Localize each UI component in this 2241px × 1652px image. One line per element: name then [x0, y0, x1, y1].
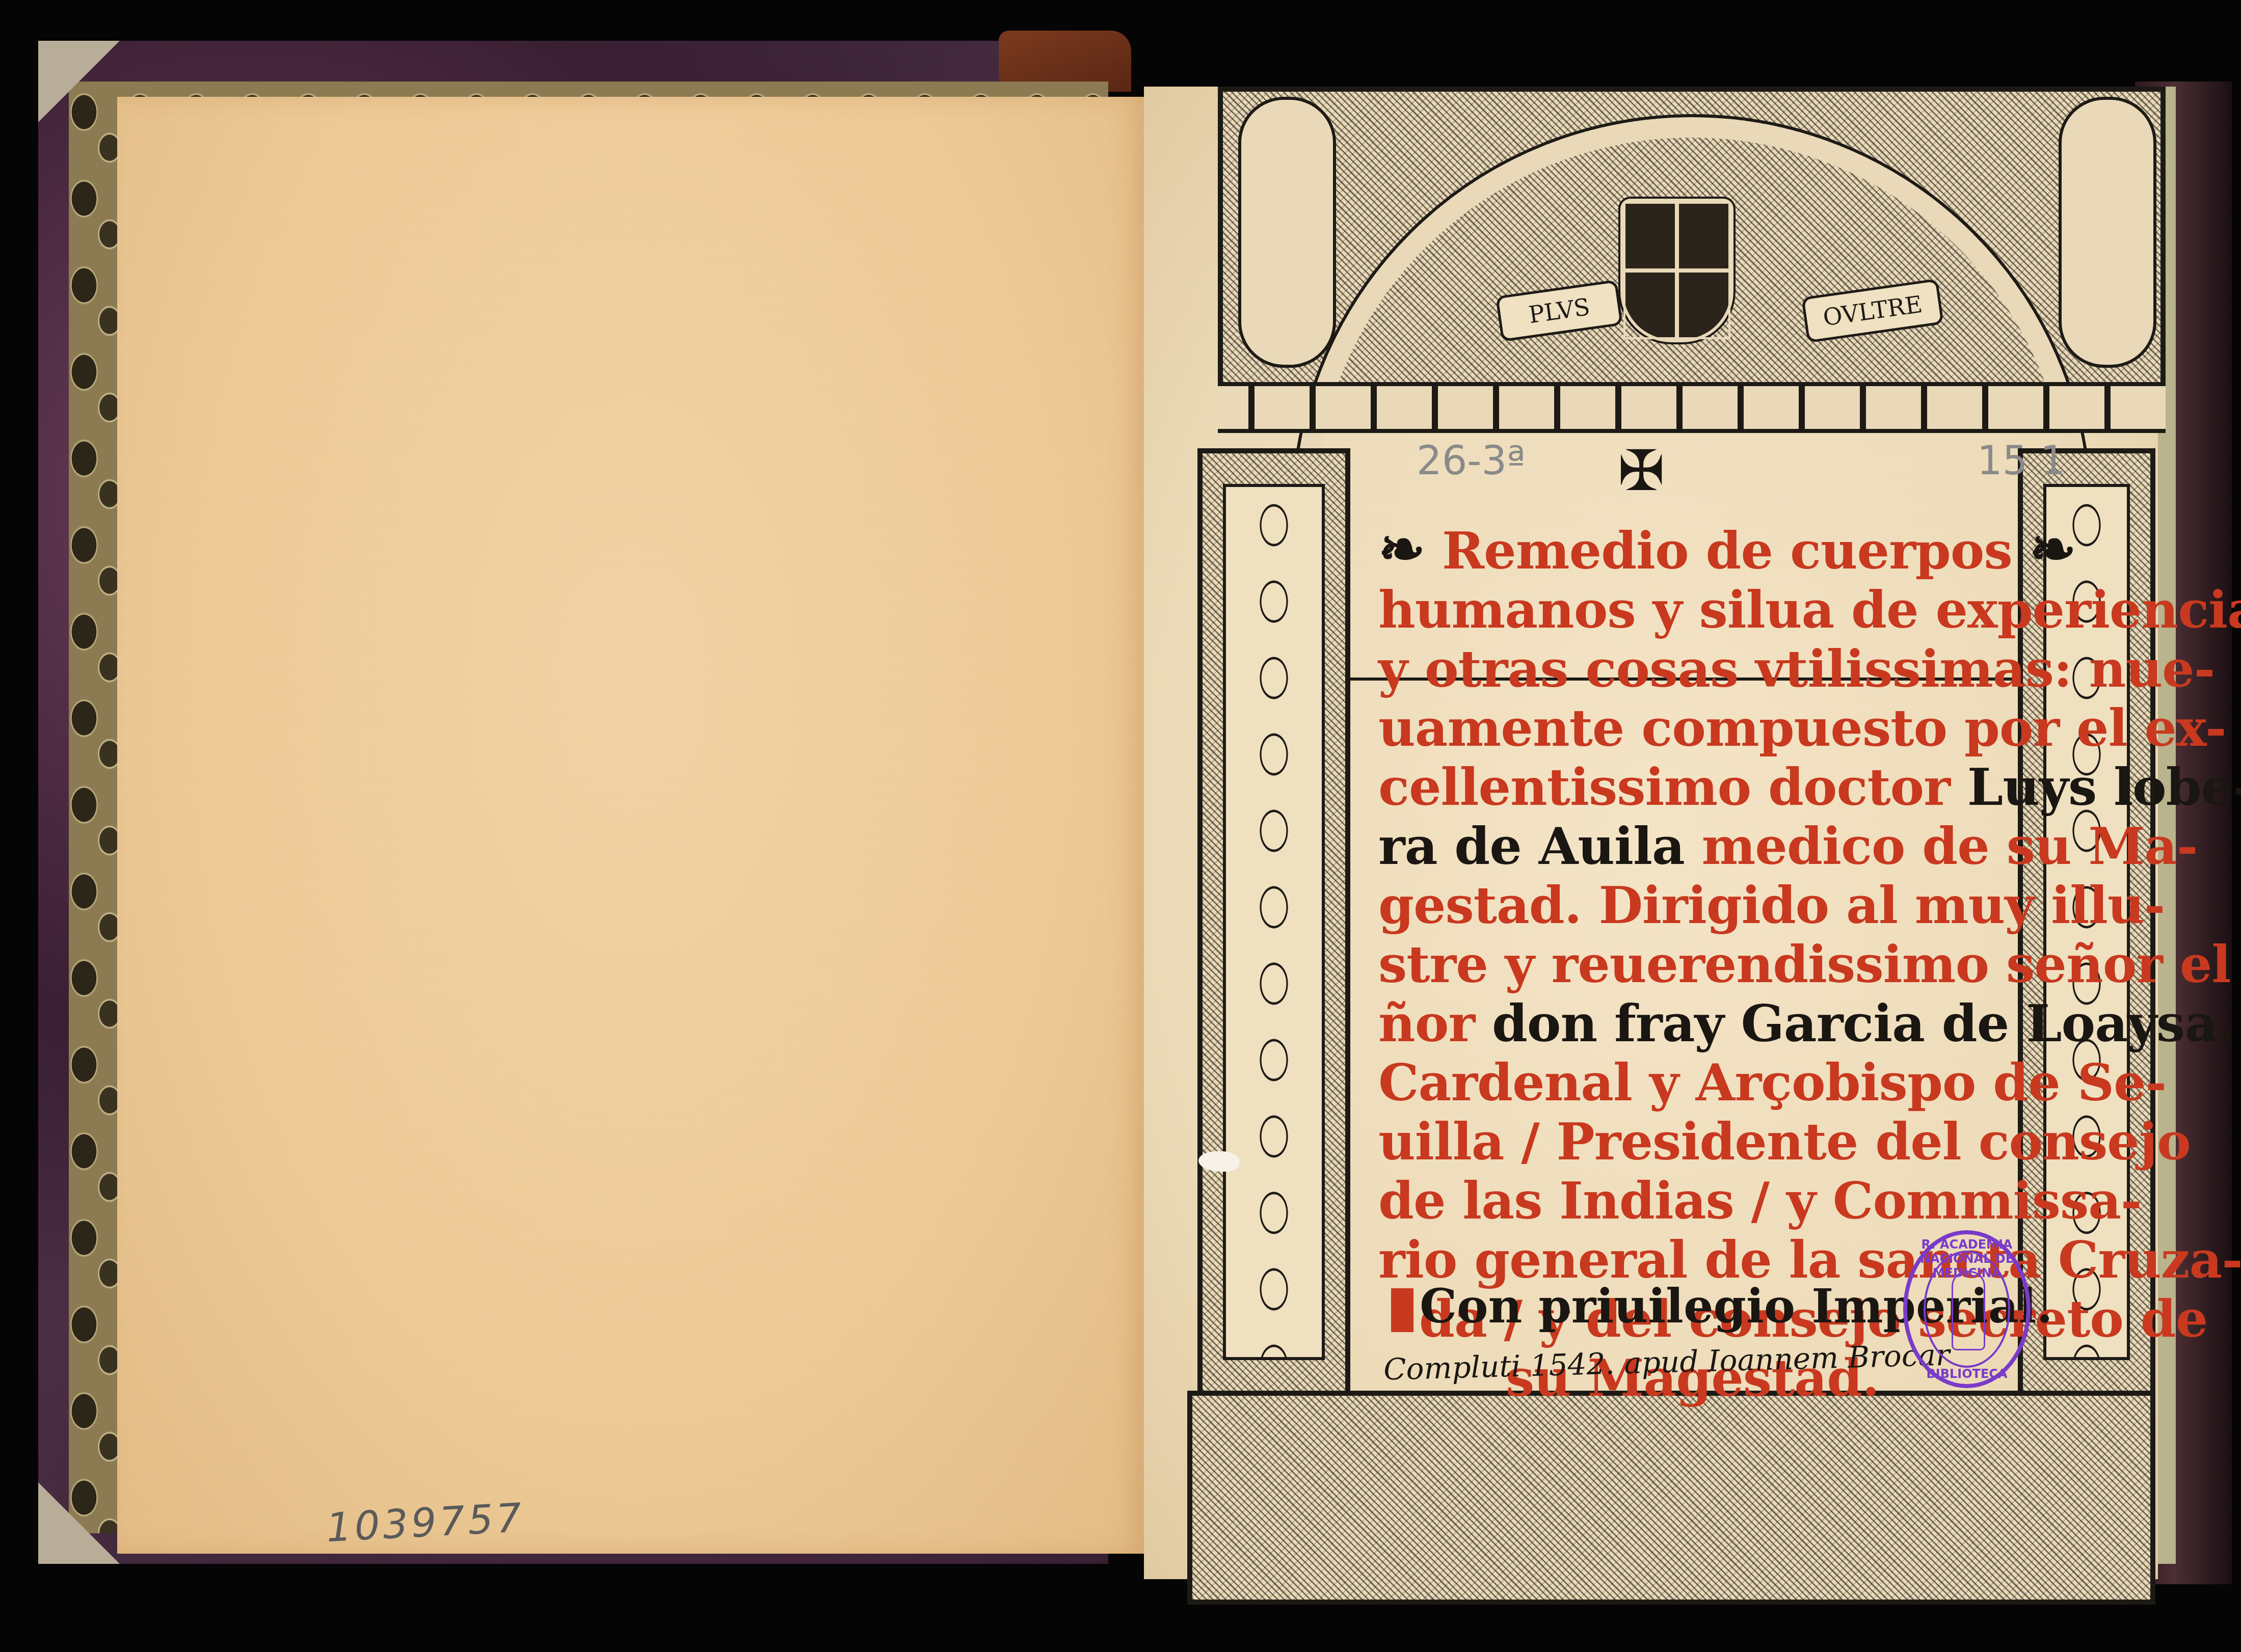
- stamp-figure-icon: [1952, 1271, 1985, 1350]
- title-line: cellentissimo doctor Luys lobe-: [1378, 757, 2041, 817]
- stamp-text-bottom: BIBLIOTECA: [1907, 1367, 2026, 1381]
- title-line: uamente compuesto por el ex-: [1378, 698, 2041, 757]
- arms-quarter: [1623, 202, 1677, 270]
- putto-left-figure: [1238, 97, 1336, 368]
- arms-quarter: [1677, 270, 1730, 339]
- title-line: uilla / Presidente del consejo: [1378, 1112, 2041, 1171]
- frieze-band: [1218, 382, 2166, 433]
- author-name: Luys lobe-: [1967, 757, 2241, 817]
- putto-right-figure: [2059, 97, 2156, 368]
- shelfmark-annotation-right: 15 1: [1977, 438, 2066, 484]
- library-stamp: R. ACADEMIA NACIONAL DE MEDICINA BIBLIOT…: [1903, 1230, 2031, 1388]
- fleuron-icon: ❧: [1378, 516, 1425, 582]
- dedicatee-name: don fray Garcia de Loaysa.: [1492, 993, 2234, 1053]
- title-line: y otras cosas vtilissimas: nue-: [1378, 639, 2041, 698]
- title-line: Cardenal y Arçobispo de Se-: [1378, 1053, 2041, 1112]
- title-line: de las Indias / y Commissa-: [1378, 1171, 2041, 1230]
- fleuron-icon: ❧: [2030, 516, 2076, 582]
- footer-woodcut: [1187, 1391, 2155, 1605]
- arms-quarter: [1677, 202, 1730, 270]
- shelfmark-annotation-left: 26-3ª: [1417, 438, 1526, 484]
- title-line: stre y reuerendissimo señor el se-: [1378, 935, 2041, 994]
- border-column-left: [1197, 448, 1350, 1396]
- arms-quarter: [1623, 270, 1677, 339]
- column-ornament: [1223, 484, 1325, 1360]
- title-line: ñor don fray Garcia de Loaysa.: [1378, 994, 2041, 1053]
- title-line: humanos y silua de experiencias: [1378, 580, 2041, 639]
- title-line: gestad. Dirigido al muy illu-: [1378, 876, 2041, 935]
- cross-icon: ✠: [1618, 438, 1665, 503]
- pilcrow-icon: [1391, 1288, 1413, 1332]
- title-line: ❧ Remedio de cuerpos ❧: [1378, 520, 2041, 580]
- coat-of-arms-icon: [1620, 199, 1733, 342]
- title-line: ra de Auila medico de su Ma-: [1378, 817, 2041, 876]
- flyleaf-page: [117, 97, 1146, 1554]
